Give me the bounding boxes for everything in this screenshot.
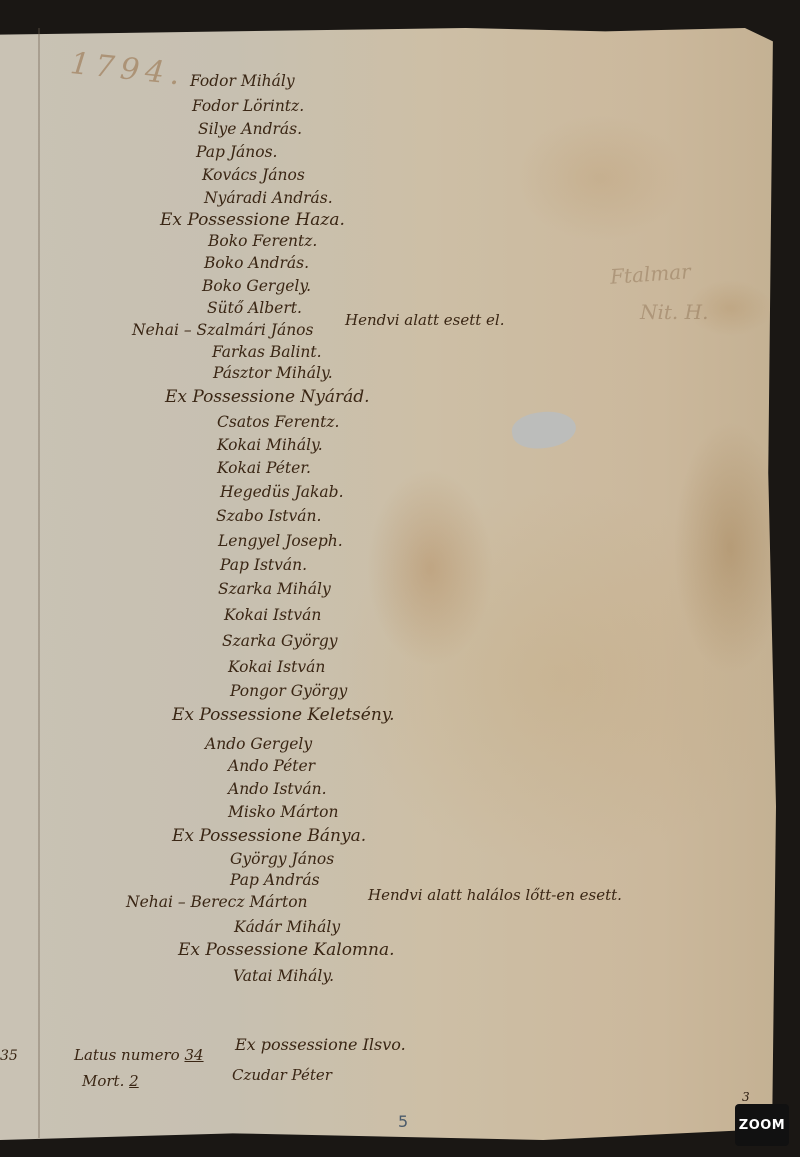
name-entry: Szabo István. [216, 507, 321, 525]
name-entry: Vatai Mihály. [233, 967, 334, 985]
name-entry: Pásztor Mihály. [213, 364, 333, 382]
annotation-szalmari: Hendvi alatt esett el. [345, 311, 505, 329]
name-entry: Sütő Albert. [207, 299, 302, 317]
name-entry: Nehai – Szalmári János [132, 321, 313, 339]
possession-header: Ex Possessione Bánya. [172, 826, 366, 846]
name-entry: Szarka György [222, 632, 338, 650]
name-entry: Boko Ferentz. [208, 232, 317, 250]
name-entry: Kokai István [224, 606, 321, 624]
zoom-watermark: ZOOM [735, 1104, 789, 1146]
corner-number: 3 [742, 1090, 750, 1104]
faint-bleedthrough-mark: Nit. H. [640, 300, 708, 324]
name-entry: Boko András. [204, 254, 309, 272]
name-entry: Pap János. [196, 143, 277, 161]
possession-header: Ex Possessione Keletsény. [172, 705, 395, 725]
possession-header: Ex Possessione Nyárád. [165, 387, 370, 407]
page-fold [38, 28, 40, 1138]
left-edge-number: 35 [0, 1048, 18, 1064]
name-entry: Kokai Péter. [217, 459, 311, 477]
name-entry: Pap András [230, 871, 320, 889]
mort-label: Mort. 2 [82, 1072, 139, 1090]
name-entry: Kovács János [202, 166, 305, 184]
possession-header: Ex Possessione Haza. [160, 210, 345, 230]
name-entry: Szarka Mihály [218, 580, 331, 598]
manuscript-page [0, 28, 776, 1140]
page-number: 5 [398, 1112, 408, 1131]
name-entry: Boko Gergely. [202, 277, 311, 295]
magnifier-icon: ZOOM [739, 1118, 785, 1133]
name-entry: Hegedüs Jakab. [220, 483, 344, 501]
name-entry: Silye András. [198, 120, 302, 138]
name-entry: Lengyel Joseph. [218, 532, 343, 550]
name-entry: Misko Márton [228, 803, 339, 821]
name-entry: Ando Gergely [205, 735, 312, 753]
name-entry: Nyáradi András. [204, 189, 333, 207]
last-entry: Czudar Péter [232, 1066, 332, 1084]
latus-label: Latus numero 34 [74, 1046, 204, 1064]
name-entry: Farkas Balint. [212, 343, 322, 361]
name-entry: György János [230, 850, 334, 868]
last-possession-header: Ex possessione Ilsvo. [235, 1035, 406, 1054]
annotation-berecz: Hendvi alatt halálos lőtt-en esett. [368, 886, 622, 904]
possession-header: Ex Possessione Kalomna. [178, 940, 395, 960]
name-entry: Fodor Mihály [190, 72, 295, 90]
name-entry: Csatos Ferentz. [217, 413, 339, 431]
name-entry: Kokai Mihály. [217, 436, 323, 454]
name-entry: Ando István. [228, 780, 327, 798]
name-entry: Fodor Lörintz. [192, 97, 304, 115]
name-entry: Nehai – Berecz Márton [126, 893, 308, 911]
name-entry: Kokai István [228, 658, 325, 676]
name-entry: Pongor György [230, 682, 347, 700]
name-entry: Kádár Mihály [234, 918, 340, 936]
name-entry: Ando Péter [228, 757, 315, 775]
name-entry: Pap István. [220, 556, 307, 574]
